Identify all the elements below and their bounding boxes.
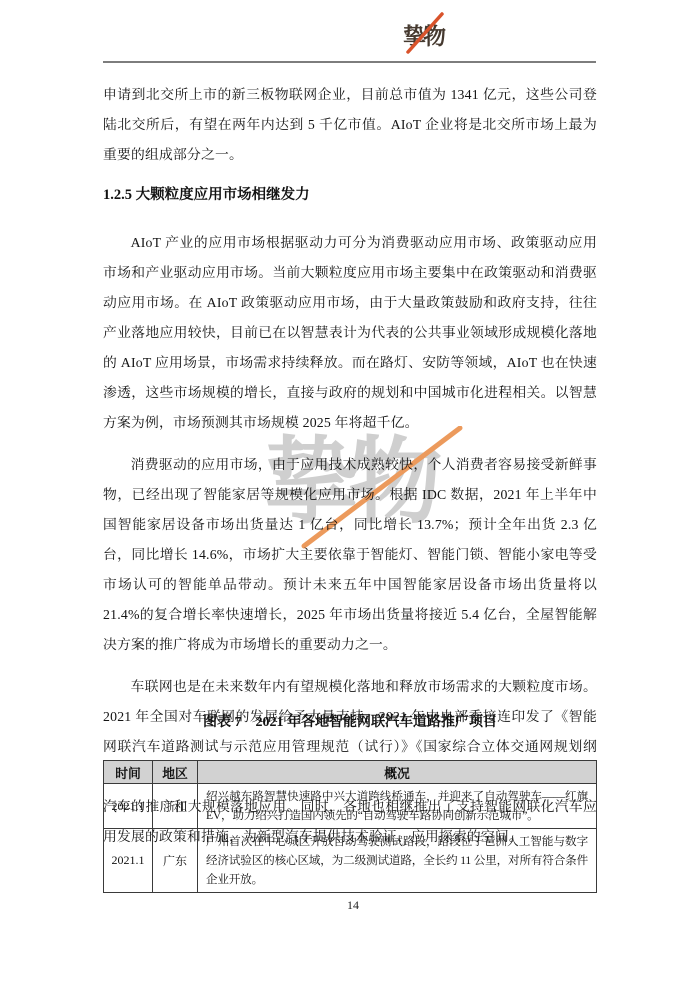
page-content: 申请到北交所上市的新三板物联网企业，目前总市值为 1341 亿元，这些公司登陆北… bbox=[103, 80, 597, 852]
paragraph-1: 申请到北交所上市的新三板物联网企业，目前总市值为 1341 亿元，这些公司登陆北… bbox=[103, 80, 597, 170]
col-header-summary: 概况 bbox=[198, 761, 597, 784]
col-header-time: 时间 bbox=[104, 761, 153, 784]
col-header-region: 地区 bbox=[153, 761, 198, 784]
cell-summary: 广州首次在中心城区开放自动驾驶测试路段，路段位于琶洲人工智能与数字经济试验区的核… bbox=[198, 829, 597, 893]
cell-summary: 绍兴越东路智慧快速路中兴大道跨线桥通车，并迎来了自动驾驶车——红旗 EV，助力绍… bbox=[198, 784, 597, 829]
cell-time: 2021.1 bbox=[104, 829, 153, 893]
table-row: 2021.1 浙江 绍兴越东路智慧快速路中兴大道跨线桥通车，并迎来了自动驾驶车—… bbox=[104, 784, 597, 829]
cell-region: 广东 bbox=[153, 829, 198, 893]
header-rule bbox=[103, 61, 596, 63]
paragraph-2: AIoT 产业的应用市场根据驱动力可分为消费驱动应用市场、政策驱动应用市场和产业… bbox=[103, 228, 597, 438]
paragraph-3: 消费驱动的应用市场，由于应用技术成熟较快，个人消费者容易接受新鲜事物，已经出现了… bbox=[103, 450, 597, 660]
table-wrap: 时间 地区 概况 2021.1 浙江 绍兴越东路智慧快速路中兴大道跨线桥通车，并… bbox=[103, 760, 597, 893]
section-heading: 1.2.5 大颗粒度应用市场相继发力 bbox=[103, 184, 597, 206]
document-page: 挚物 挚物 申请到北交所上市的新三板物联网企业，目前总市值为 1341 亿元，这… bbox=[0, 0, 700, 990]
brand-logo: 挚物 bbox=[398, 6, 448, 58]
cell-time: 2021.1 bbox=[104, 784, 153, 829]
table-caption: 图表 7 2021 年各地智能网联汽车道路推广项目 bbox=[103, 711, 597, 731]
brand-logo-slash-icon bbox=[398, 6, 448, 58]
table-row: 2021.1 广东 广州首次在中心城区开放自动驾驶测试路段，路段位于琶洲人工智能… bbox=[104, 829, 597, 893]
data-table: 时间 地区 概况 2021.1 浙江 绍兴越东路智慧快速路中兴大道跨线桥通车，并… bbox=[103, 760, 597, 893]
page-number: 14 bbox=[0, 898, 700, 913]
cell-region: 浙江 bbox=[153, 784, 198, 829]
table-header-row: 时间 地区 概况 bbox=[104, 761, 597, 784]
